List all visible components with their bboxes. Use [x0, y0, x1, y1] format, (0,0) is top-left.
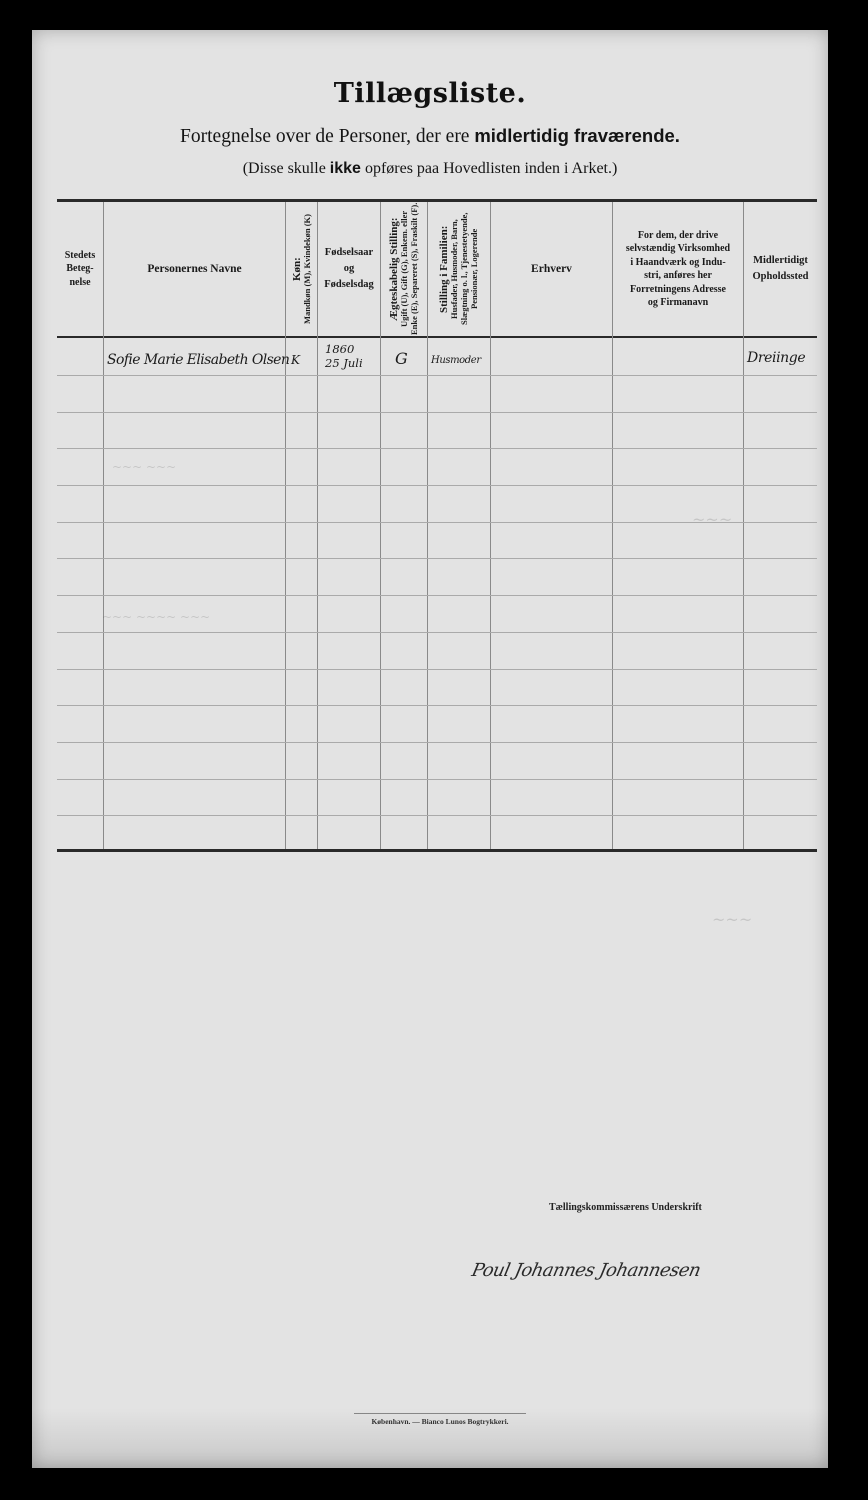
header-line: Forretningens Adresse	[630, 284, 726, 295]
entry-familie: Husmoder	[431, 355, 481, 366]
header-fodsel: FødselsaarogFødselsdag	[318, 202, 380, 336]
header-line: og	[344, 263, 355, 274]
entry-fodselsaar: 1860	[325, 342, 363, 356]
row-line	[57, 779, 817, 780]
entry-fodsel: 1860 25 Juli	[325, 342, 363, 370]
entry-fodselsdag: 25 Juli	[325, 356, 363, 370]
header-midlertidigt-opholdssted: MidlertidigtOpholdssted	[744, 202, 817, 336]
census-form-page: Tillægsliste. Fortegnelse over de Person…	[32, 30, 828, 1468]
entry-name: Sofie Marie Elisabeth Olsen	[107, 352, 289, 368]
form-instruction-note: (Disse skulle ikke opføres paa Hovedlist…	[32, 160, 828, 178]
header-kon: Køn:Mandkøn (M), Kvindekøn (K)	[286, 202, 317, 336]
row-line	[57, 558, 817, 559]
header-line: Køn:	[291, 257, 303, 281]
note-text-post: opføres paa Hovedlisten inden i Arket.)	[361, 160, 617, 177]
printer-imprint: København. — Bianco Lunos Bogtrykkeri.	[352, 1417, 528, 1426]
header-line: selvstændig Virksomhed	[626, 243, 730, 254]
entry-kon: K	[291, 353, 300, 367]
header-line: Fødselsaar	[325, 247, 373, 258]
row-line	[57, 705, 817, 706]
row-line	[57, 412, 817, 413]
subtitle-text: Fortegnelse over de Personer, der ere	[180, 126, 474, 147]
signature-label: Tællingskommissærens Underskrift	[549, 1202, 702, 1213]
row-line	[57, 375, 817, 376]
form-title: Tillægsliste.	[32, 78, 828, 109]
bleed-through-mark: ~~~	[692, 510, 732, 529]
bleed-through-mark: ~~~ ~~~	[112, 460, 176, 474]
row-line	[57, 485, 817, 486]
subtitle-emphasis: midlertidig fraværende.	[474, 125, 680, 146]
header-line: For dem, der drive	[638, 230, 718, 241]
note-text-pre: (Disse skulle	[243, 160, 330, 177]
header-forretning: For dem, der driveselvstændig Virksomhed…	[613, 202, 743, 336]
entry-opholdssted: Dreiinge	[747, 350, 805, 366]
row-line	[57, 815, 817, 816]
header-line: stri, anføres her	[644, 270, 712, 281]
row-line	[57, 669, 817, 670]
row-line	[57, 742, 817, 743]
header-line: Midlertidigt	[753, 255, 808, 266]
row-line	[57, 632, 817, 633]
header-erhverv: Erhverv	[491, 202, 612, 336]
entry-aegteskab: G	[395, 349, 408, 368]
table-bottom-rule	[57, 849, 817, 852]
form-subtitle: Fortegnelse over de Personer, der ere mi…	[32, 125, 828, 148]
row-line	[57, 448, 817, 449]
header-line: Mandkøn (M), Kvindekøn (K)	[302, 214, 312, 324]
header-bottom-rule	[57, 336, 817, 338]
signature: Poul Johannes Johannesen	[470, 1260, 703, 1281]
header-line: nelse	[69, 277, 90, 288]
header-line: Beteg-	[66, 263, 93, 274]
header-line: Opholdssted	[752, 271, 808, 282]
header-personernes-navne: Personernes Navne	[104, 202, 285, 336]
header-stilling-i-familien: Stilling i Familien:Husfader, Husmoder, …	[428, 202, 490, 336]
note-emphasis: ikke	[330, 160, 361, 177]
header-stedets-betegnelse: StedetsBeteg-nelse	[57, 202, 103, 336]
bleed-through-mark: ~~~ ~~~~ ~~~	[102, 610, 210, 624]
header-line: og Firmanavn	[648, 297, 708, 308]
row-line	[57, 595, 817, 596]
header-line: i Haandværk og Indu-	[630, 257, 725, 268]
bleed-through-mark: ~~~	[712, 910, 752, 929]
header-line: Stedets	[65, 250, 96, 261]
header-line: Husfader, Husmoder, Barn, Slægtning o. l…	[449, 213, 479, 325]
header-aegteskabelig-stilling: Ægteskabelig Stilling:Ugift (U), Gift (G…	[381, 202, 427, 336]
printer-rule	[354, 1413, 526, 1414]
header-line: Fødselsdag	[324, 279, 374, 290]
header-line: Ugift (U), Gift (G), Enkem. eller Enke (…	[399, 203, 419, 335]
